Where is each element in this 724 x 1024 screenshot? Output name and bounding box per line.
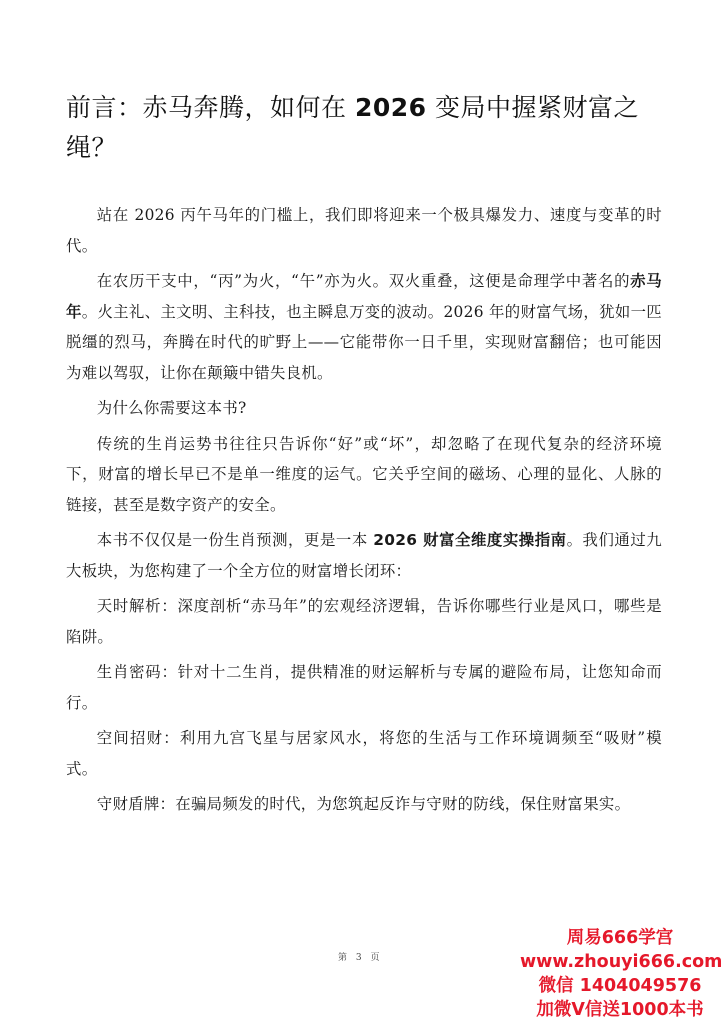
paragraph: 空间招财：利用九宫飞星与居家风水，将您的生活与工作环境调频至“吸财”模式。 [66, 723, 662, 784]
watermark-line: 微信 1404049576 [520, 974, 720, 998]
watermark: 周易666学宫 www.zhouyi666.com 微信 1404049576 … [520, 926, 720, 1022]
watermark-line: 加微V信送1000本书 [520, 998, 720, 1022]
page-title: 前言：赤马奔腾，如何在 2026 变局中握紧财富之绳？ [66, 88, 666, 168]
paragraph: 在农历干支中，“丙”为火，“午”亦为火。双火重叠，这便是命理学中著名的赤马年。火… [66, 266, 662, 388]
title-text: 前言：赤马奔腾，如何在 [66, 93, 355, 122]
paragraph: 生肖密码：针对十二生肖，提供精准的财运解析与专属的避险布局，让您知命而行。 [66, 657, 662, 718]
text: 。火主礼、主文明、主科技，也主瞬息万变的波动。2026 年的财富气场，犹如一匹脱… [66, 303, 662, 382]
paragraph: 站在 2026 丙午马年的门槛上，我们即将迎来一个极具爆发力、速度与变革的时代。 [66, 200, 662, 261]
watermark-line: 周易666学宫 [520, 926, 720, 950]
paragraph: 传统的生肖运势书往往只告诉你“好”或“坏”，却忽略了在现代复杂的经济环境下，财富… [66, 429, 662, 521]
paragraph: 为什么你需要这本书? [66, 393, 662, 424]
paragraph: 天时解析：深度剖析“赤马年”的宏观经济逻辑，告诉你哪些行业是风口，哪些是陷阱。 [66, 591, 662, 652]
title-year: 2026 [355, 93, 427, 122]
document-body: 站在 2026 丙午马年的门槛上，我们即将迎来一个极具爆发力、速度与变革的时代。… [66, 200, 662, 825]
watermark-line: www.zhouyi666.com [520, 950, 720, 974]
text: 本书不仅仅是一份生肖预测，更是一本 [97, 531, 373, 549]
page-number: 第 3 页 [338, 950, 382, 963]
paragraph: 本书不仅仅是一份生肖预测，更是一本 2026 财富全维度实操指南。我们通过九大板… [66, 525, 662, 586]
paragraph: 守财盾牌：在骗局频发的时代，为您筑起反诈与守财的防线，保住财富果实。 [66, 789, 662, 820]
bold-term: 2026 财富全维度实操指南 [373, 531, 566, 549]
text: 在农历干支中，“丙”为火，“午”亦为火。双火重叠，这便是命理学中著名的 [97, 272, 630, 290]
